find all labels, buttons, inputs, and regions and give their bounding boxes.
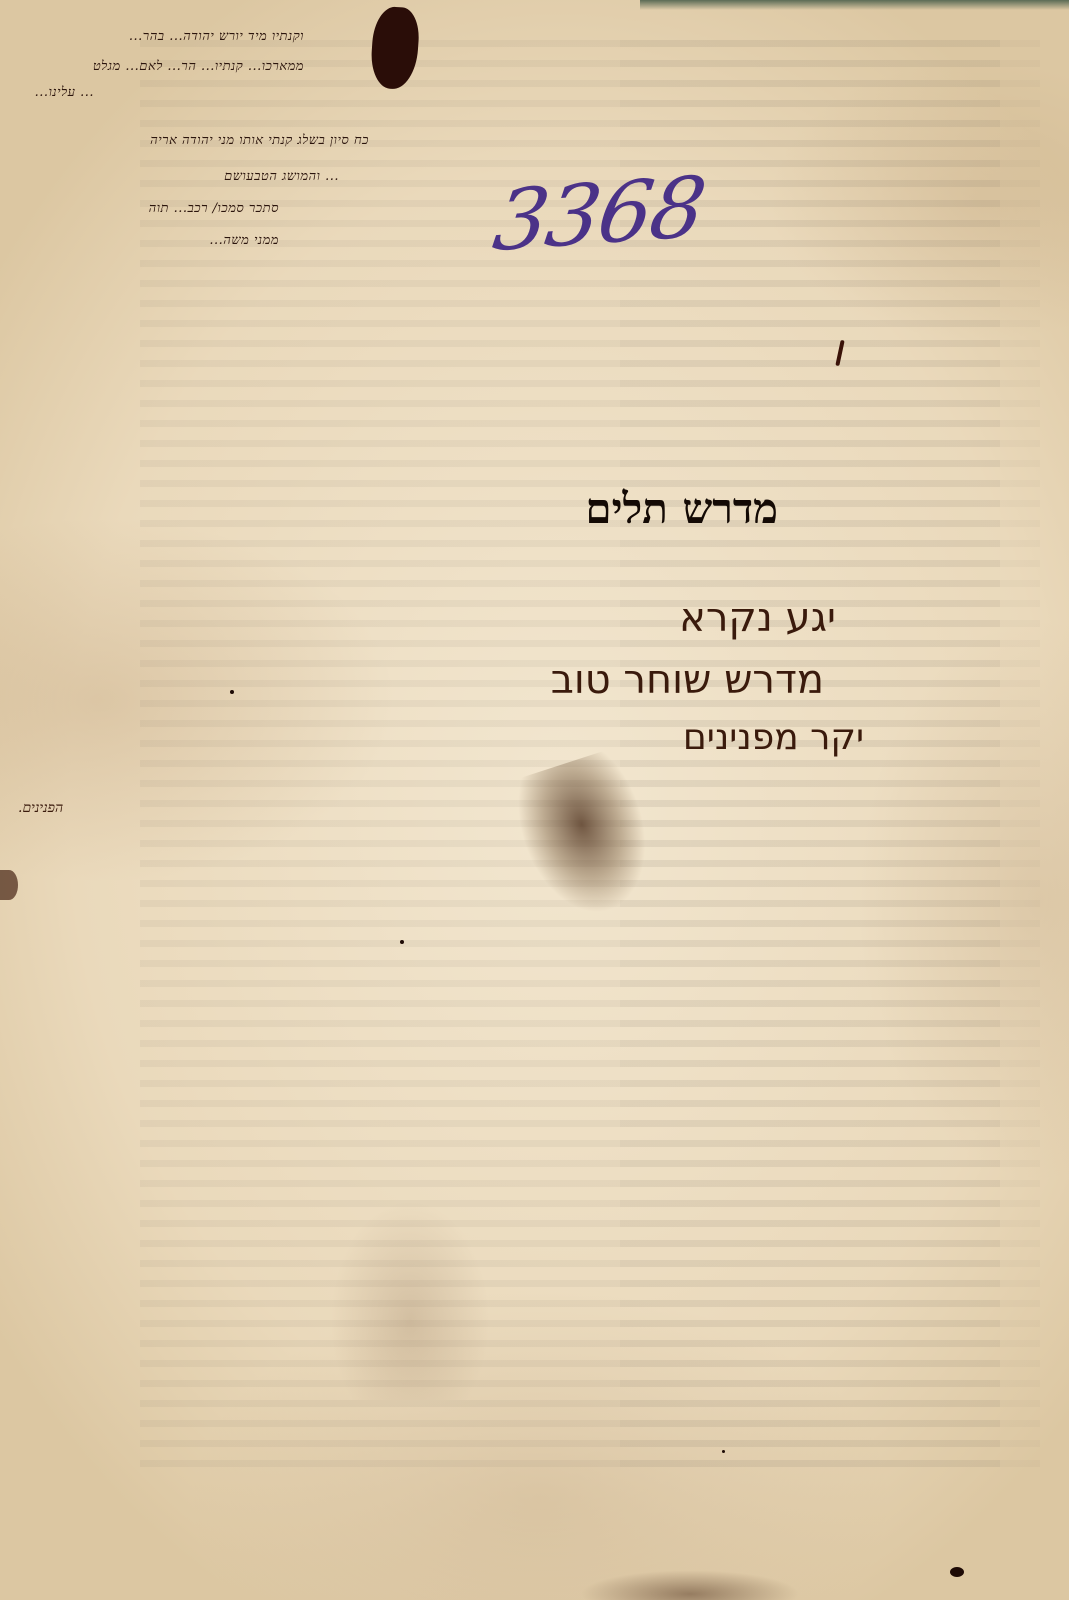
note-line: ממארכו... קנתיו... הר... לאם... מגלט xyxy=(93,58,304,74)
edge-stain xyxy=(0,870,18,900)
page-edge-binding xyxy=(640,0,1069,10)
note-line: סתכר סמכו/ רכב... תוה xyxy=(149,200,279,216)
inscription-line: יגע נקרא xyxy=(679,598,836,638)
note-line: ... עלינו... xyxy=(35,84,94,100)
ink-dot xyxy=(722,1450,725,1453)
note-line: כח סיון בשלג קנתי אותו מני יהודה אריה xyxy=(150,132,369,148)
ink-dot xyxy=(230,690,234,694)
document-page: וקנתיו מיד יורש יהודה... בהר... ממארכו..… xyxy=(0,0,1069,1600)
ink-dot xyxy=(400,940,404,944)
bottom-stain xyxy=(580,1570,800,1600)
inscription-line: מדרש שוחר טוב xyxy=(551,660,824,700)
margin-note: הפנינים. xyxy=(18,800,63,817)
catalog-number: 3368 xyxy=(489,165,709,263)
ink-dot xyxy=(950,1567,964,1577)
printed-title: מדרש תלים xyxy=(478,488,778,530)
note-line: ... והמושג הטבעושם xyxy=(224,168,339,184)
water-stain xyxy=(330,1200,490,1400)
note-line: ממני משה... xyxy=(209,232,279,248)
note-line: וקנתיו מיד יורש יהודה... בהר... xyxy=(129,28,304,44)
inscription-line: יקר מפנינים xyxy=(683,720,864,756)
